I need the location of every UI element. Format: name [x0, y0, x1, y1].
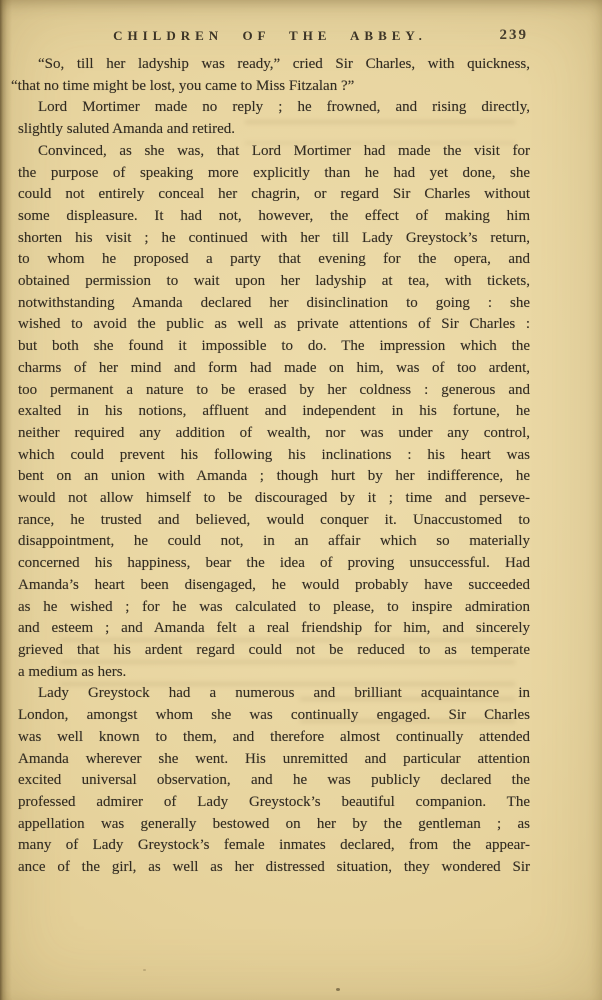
- text-line: would not allow himself to be discourage…: [18, 488, 530, 510]
- text-line: “that no time might be lost, you came to…: [11, 76, 530, 98]
- text-line: shorten his visit ; he continued with he…: [18, 228, 530, 250]
- text-line: grieved that his ardent regard could not…: [18, 640, 530, 662]
- text-line: obtained permission to wait upon her lad…: [18, 271, 530, 293]
- page-body: “So, till her ladyship was ready,” cried…: [18, 54, 530, 879]
- text-line: some displeasure. It had not, however, t…: [18, 206, 530, 228]
- text-line: ance of the girl, as well as her distres…: [18, 857, 530, 879]
- text-line: Lord Mortimer made no reply ; he frowned…: [18, 97, 530, 119]
- text-line: to whom he proposed a party that evening…: [18, 249, 530, 271]
- text-line: too permanent a nature to be erased by h…: [18, 380, 530, 402]
- text-line: concerned his happiness, bear the idea o…: [18, 553, 530, 575]
- text-line: notwithstanding Amanda declared her disi…: [18, 293, 530, 315]
- paragraph: Lord Mortimer made no reply ; he frowned…: [18, 97, 530, 140]
- paragraph: Lady Greystock had a numerous and brilli…: [18, 683, 530, 878]
- text-line: a medium as hers.: [18, 662, 530, 684]
- text-line: wished to avoid the public as well as pr…: [18, 314, 530, 336]
- text-line: rance, he trusted and believed, would co…: [18, 510, 530, 532]
- running-title: CHILDREN OF THE ABBEY.: [20, 28, 520, 44]
- text-line: many of Lady Greystock’s female inmates …: [18, 835, 530, 857]
- text-line: which could prevent his following his in…: [18, 445, 530, 467]
- text-line: Convinced, as she was, that Lord Mortime…: [18, 141, 530, 163]
- text-line: as he wished ; for he was calculated to …: [18, 597, 530, 619]
- text-line: excited universal observation, and he wa…: [18, 770, 530, 792]
- text-line: charms of her mind and form had made on …: [18, 358, 530, 380]
- text-line: exalted in his notions, affluent and ind…: [18, 401, 530, 423]
- text-line: and esteem ; and Amanda felt a real frie…: [18, 618, 530, 640]
- text-line: London, amongst whom she was continually…: [18, 705, 530, 727]
- text-line: professed admirer of Lady Greystock’s be…: [18, 792, 530, 814]
- ink-speck: [336, 988, 340, 991]
- paragraph: Convinced, as she was, that Lord Mortime…: [18, 141, 530, 684]
- text-line: neither required any addition of wealth,…: [18, 423, 530, 445]
- text-line: “So, till her ladyship was ready,” cried…: [18, 54, 530, 76]
- text-line: slightly saluted Amanda and retired.: [18, 119, 530, 141]
- text-line: Lady Greystock had a numerous and brilli…: [18, 683, 530, 705]
- text-line: bent on an union with Amanda ; though hu…: [18, 466, 530, 488]
- text-line: appellation was generally bestowed on he…: [18, 814, 530, 836]
- book-page: CHILDREN OF THE ABBEY. 239 “So, till her…: [0, 0, 602, 1000]
- text-line: but both she found it impossible to do. …: [18, 336, 530, 358]
- text-line: the purpose of speaking more explicitly …: [18, 163, 530, 185]
- text-line: Amanda’s heart been disengaged, he would…: [18, 575, 530, 597]
- page-header: CHILDREN OF THE ABBEY. 239: [0, 28, 602, 46]
- page-number: 239: [500, 27, 529, 44]
- ink-speck: [143, 969, 146, 971]
- page-gutter-shadow: [0, 0, 12, 1000]
- text-line: disappointment, he could not, in an affa…: [18, 531, 530, 553]
- text-line: Amanda wherever she went. His unremitted…: [18, 749, 530, 771]
- paragraph: “So, till her ladyship was ready,” cried…: [18, 54, 530, 97]
- text-line: could not entirely conceal her chagrin, …: [18, 184, 530, 206]
- text-line: was well known to them, and therefore al…: [18, 727, 530, 749]
